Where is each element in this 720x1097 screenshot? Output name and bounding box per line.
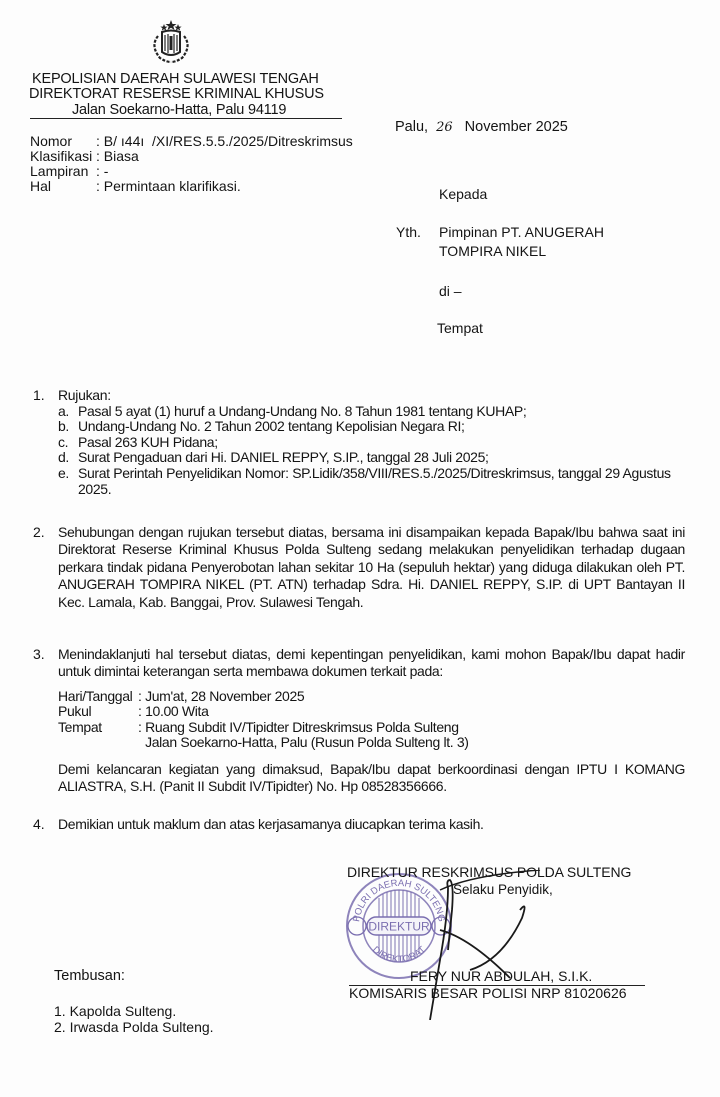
- meta-klasifikasi: Klasifikasi: Biasa: [30, 149, 353, 164]
- meta-hal: Hal: Permintaan klarifikasi.: [30, 179, 353, 194]
- reference-item: d.Surat Pengaduan dari Hi. DANIEL REPPY,…: [58, 450, 693, 466]
- police-emblem-icon: [140, 18, 202, 66]
- p3-number: 3.: [33, 646, 58, 796]
- p1-number: 1.: [33, 388, 58, 497]
- recipient-name-line2: TOMPIRA NIKEL: [439, 243, 546, 260]
- meta-lampiran: Lampiran: -: [30, 164, 353, 179]
- p1-title: Rujukan:: [58, 388, 693, 404]
- letter-meta: Nomor: B/ ı44ı /XI/RES.5.5./2025/Ditresk…: [30, 134, 353, 194]
- paragraph-2: 2. Sehubungan dengan rujukan tersebut di…: [33, 524, 685, 611]
- meta-nomor: Nomor: B/ ı44ı /XI/RES.5.5./2025/Ditresk…: [30, 134, 353, 149]
- reference-item: c.Pasal 263 KUH Pidana;: [58, 435, 693, 451]
- recipient-di: di –: [439, 283, 462, 300]
- reference-label: e.: [58, 466, 78, 497]
- reference-item: a.Pasal 5 ayat (1) huruf a Undang-Undang…: [58, 404, 693, 420]
- reference-label: d.: [58, 450, 78, 466]
- schedule-date: Hari/Tanggal: Jum'at, 28 November 2025: [58, 689, 685, 705]
- reference-item: b.Undang-Undang No. 2 Tahun 2002 tentang…: [58, 419, 693, 435]
- handwritten-day: 26: [436, 120, 453, 135]
- reference-text: Pasal 5 ayat (1) huruf a Undang-Undang N…: [78, 404, 693, 420]
- cc-list: 1. Kapolda Sulteng. 2. Irwasda Polda Sul…: [54, 1003, 214, 1035]
- place-date: Palu, 26 November 2025: [395, 119, 568, 136]
- paragraph-3: 3. Menindaklanjuti hal tersebut diatas, …: [33, 646, 685, 796]
- recipient-yth: Yth.: [396, 224, 421, 241]
- p2-text: Sehubungan dengan rujukan tersebut diata…: [58, 524, 685, 611]
- paragraph-4: 4. Demikian untuk maklum dan atas kerjas…: [33, 816, 685, 833]
- reference-text: Pasal 263 KUH Pidana;: [78, 435, 693, 451]
- signatory-name: FERY NUR ABDULAH, S.I.K.: [410, 968, 592, 985]
- p3-coordination: Demi kelancaran kegiatan yang dimaksud, …: [58, 761, 685, 796]
- recipient-name-line1: Pimpinan PT. ANUGERAH: [439, 224, 604, 241]
- letterhead-directorate: DIREKTORAT RESERSE KRIMINAL KHUSUS: [29, 87, 324, 102]
- reference-label: c.: [58, 435, 78, 451]
- reference-text: Surat Perintah Penyelidikan Nomor: SP.Li…: [78, 466, 693, 497]
- letterhead-divider: [30, 118, 342, 119]
- letterhead-address: Jalan Soekarno-Hatta, Palu 94119: [72, 103, 286, 118]
- reference-item: e.Surat Perintah Penyelidikan Nomor: SP.…: [58, 466, 693, 497]
- schedule-place: Tempat: Ruang Subdit IV/Tipidter Ditresk…: [58, 720, 685, 736]
- cc-item: 2. Irwasda Polda Sulteng.: [54, 1019, 214, 1035]
- reference-label: a.: [58, 404, 78, 420]
- reference-text: Undang-Undang No. 2 Tahun 2002 tentang K…: [78, 419, 693, 435]
- letterhead-institution: KEPOLISIAN DAERAH SULAWESI TENGAH: [32, 72, 319, 87]
- p4-text: Demikian untuk maklum dan atas kerjasama…: [58, 816, 685, 833]
- cc-item: 1. Kapolda Sulteng.: [54, 1003, 214, 1019]
- reference-text: Surat Pengaduan dari Hi. DANIEL REPPY, S…: [78, 450, 693, 466]
- p4-number: 4.: [33, 816, 58, 833]
- cc-title: Tembusan:: [54, 968, 125, 985]
- place: Palu,: [395, 119, 428, 135]
- recipient-tempat: Tempat: [437, 320, 483, 337]
- schedule-place-address: Jalan Soekarno-Hatta, Palu (Rusun Polda …: [58, 735, 685, 751]
- schedule-time: Pukul: 10.00 Wita: [58, 704, 685, 720]
- signatory-rank: KOMISARIS BESAR POLISI NRP 81020626: [349, 985, 627, 1002]
- month-year: November 2025: [465, 119, 568, 135]
- schedule: Hari/Tanggal: Jum'at, 28 November 2025 P…: [58, 689, 685, 751]
- paragraph-1: 1. Rujukan: a.Pasal 5 ayat (1) huruf a U…: [33, 388, 693, 497]
- p2-number: 2.: [33, 524, 58, 611]
- recipient-kepada: Kepada: [439, 186, 487, 203]
- p3-text: Menindaklanjuti hal tersebut diatas, dem…: [58, 646, 685, 681]
- reference-label: b.: [58, 419, 78, 435]
